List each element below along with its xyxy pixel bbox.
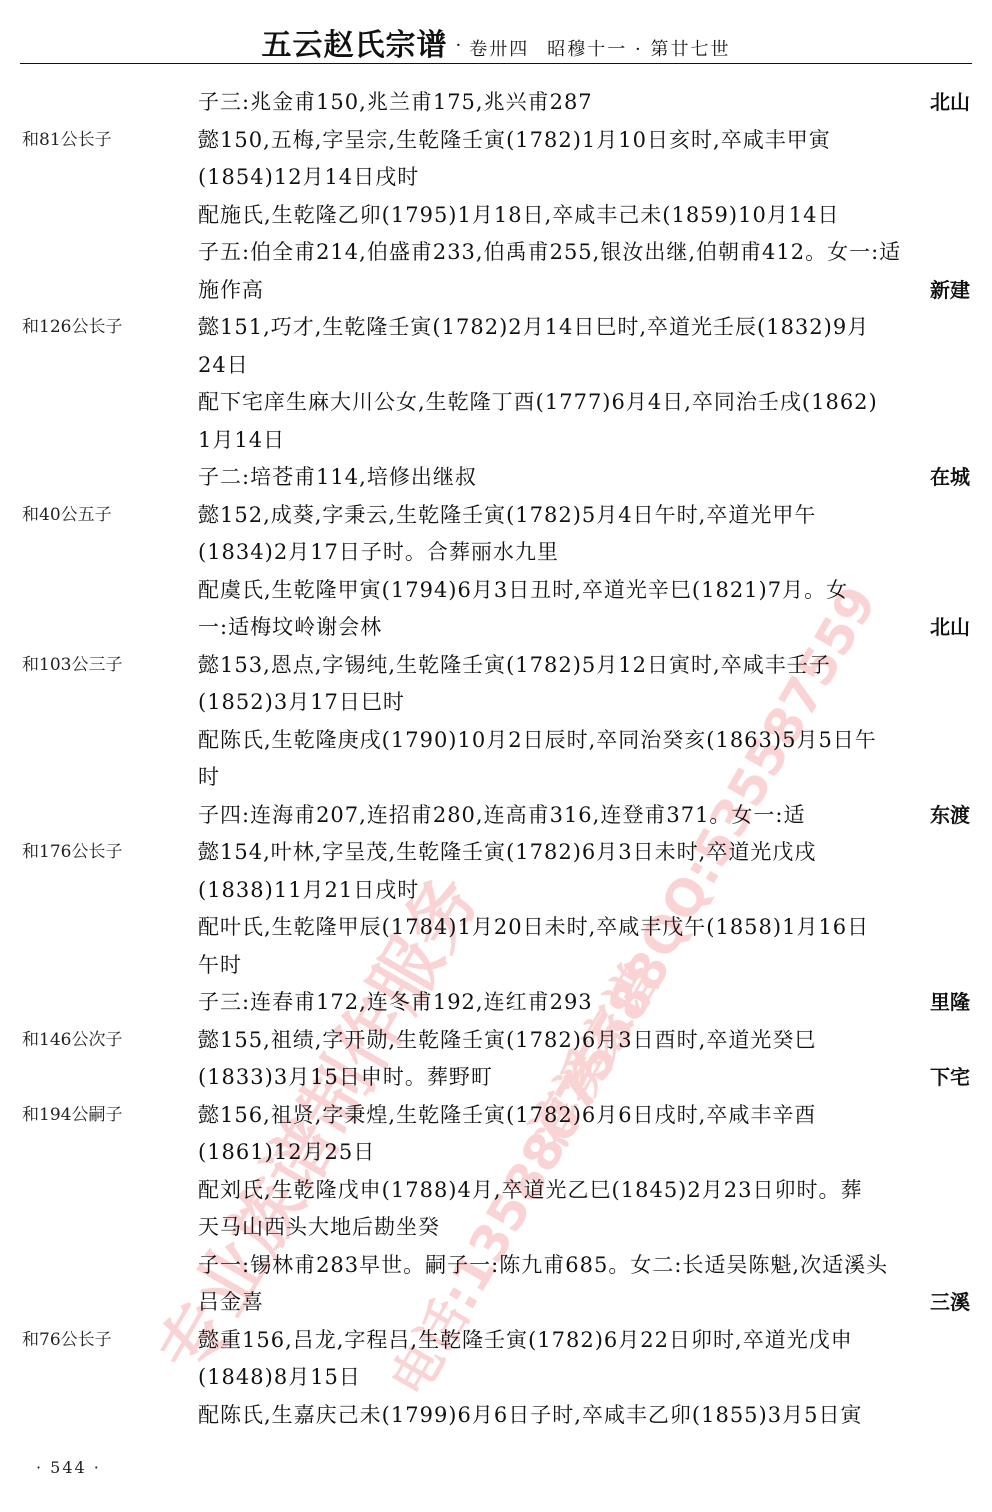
entry-text: 子三:连春甫172,连冬甫192,连红甫293 bbox=[198, 984, 593, 1022]
place-name: 下宅 bbox=[930, 1059, 970, 1097]
entry-text: 配施氏,生乾隆乙卯(1795)1月18日,卒咸丰己未(1859)10月14日 bbox=[198, 197, 840, 235]
lineage-label: 和146公次子 bbox=[22, 1022, 122, 1060]
entry-text: 时 bbox=[198, 759, 220, 797]
entry-line: 和81公长子懿150,五梅,字呈宗,生乾隆壬寅(1782)1月10日亥时,卒咸丰… bbox=[0, 122, 992, 160]
entry-line: (1852)3月17日巳时 bbox=[0, 684, 992, 722]
entry-text: 子三:兆金甫150,兆兰甫175,兆兴甫287 bbox=[198, 84, 593, 122]
entry-text: (1834)2月17日子时。合葬丽水九里 bbox=[198, 534, 559, 572]
entry-text: (1852)3月17日巳时 bbox=[198, 684, 405, 722]
volume-label: 卷卅四 bbox=[469, 39, 529, 60]
entry-text: 懿153,恩点,字锡纯,生乾隆壬寅(1782)5月12日寅时,卒咸丰壬子 bbox=[198, 647, 831, 685]
place-name: 东渡 bbox=[930, 797, 970, 835]
entry-line: 子一:锡林甫283早世。嗣子一:陈九甫685。女二:长适吴陈魁,次适溪头 bbox=[0, 1247, 992, 1285]
place-name: 里隆 bbox=[930, 984, 970, 1022]
entry-line: 1月14日 bbox=[0, 422, 992, 460]
lineage-label: 和176公长子 bbox=[22, 834, 122, 872]
entry-line: 配虞氏,生乾隆甲寅(1794)6月3日丑时,卒道光辛巳(1821)7月。女 bbox=[0, 572, 992, 610]
entry-line: (1833)3月15日申时。葬野町下宅 bbox=[0, 1059, 992, 1097]
entry-line: 和146公次子懿155,祖绩,字开勋,生乾隆壬寅(1782)6月3日酉时,卒道光… bbox=[0, 1022, 992, 1060]
entry-line: 时 bbox=[0, 759, 992, 797]
place-name: 北山 bbox=[930, 609, 970, 647]
entry-text: 懿150,五梅,字呈宗,生乾隆壬寅(1782)1月10日亥时,卒咸丰甲寅 bbox=[198, 122, 831, 160]
lineage-label: 和103公三子 bbox=[22, 647, 122, 685]
entry-text: 吕金喜 bbox=[198, 1284, 264, 1322]
entry-line: 一:适梅坟岭谢会林北山 bbox=[0, 609, 992, 647]
book-title: 五云赵氏宗谱 bbox=[262, 28, 448, 63]
entry-line: 和76公长子懿重156,吕龙,字程吕,生乾隆壬寅(1782)6月22日卯时,卒道… bbox=[0, 1322, 992, 1360]
entry-text: (1861)12月25日 bbox=[198, 1134, 375, 1172]
place-name: 北山 bbox=[930, 84, 970, 122]
entry-text: 午时 bbox=[198, 947, 242, 985]
entry-line: 子三:连春甫172,连冬甫192,连红甫293里隆 bbox=[0, 984, 992, 1022]
entry-line: 和126公长子懿151,巧才,生乾隆壬寅(1782)2月14日巳时,卒道光壬辰(… bbox=[0, 309, 992, 347]
entry-text: (1833)3月15日申时。葬野町 bbox=[198, 1059, 493, 1097]
header-rule bbox=[20, 63, 972, 64]
lineage-label: 和40公五子 bbox=[22, 497, 112, 535]
entry-line: (1838)11月21日戌时 bbox=[0, 872, 992, 910]
entry-line: 午时 bbox=[0, 947, 992, 985]
entry-line: 吕金喜三溪 bbox=[0, 1284, 992, 1322]
entry-line: 施作高新建 bbox=[0, 272, 992, 310]
entry-line: 和194公嗣子懿156,祖贤,字秉煌,生乾隆壬寅(1782)6月6日戌时,卒咸丰… bbox=[0, 1097, 992, 1135]
entry-line: (1848)8月15日 bbox=[0, 1359, 992, 1397]
entry-text: 懿151,巧才,生乾隆壬寅(1782)2月14日巳时,卒道光壬辰(1832)9月 bbox=[198, 309, 869, 347]
lineage-label: 和81公长子 bbox=[22, 122, 112, 160]
entry-text: 1月14日 bbox=[198, 422, 285, 460]
entry-line: 天马山西头大地后勘坐癸 bbox=[0, 1209, 992, 1247]
entry-line: 24日 bbox=[0, 347, 992, 385]
entry-text: 配陈氏,生嘉庆己未(1799)6月6日子时,卒咸丰乙卯(1855)3月5日寅 bbox=[198, 1397, 862, 1435]
lineage-label: 和76公长子 bbox=[22, 1322, 112, 1360]
entry-text: 子四:连海甫207,连招甫280,连高甫316,连登甫371。女一:适 bbox=[198, 797, 806, 835]
entry-text: 天马山西头大地后勘坐癸 bbox=[198, 1209, 440, 1247]
header-separator: · bbox=[456, 35, 462, 56]
entry-text: 懿155,祖绩,字开勋,生乾隆壬寅(1782)6月3日酉时,卒道光癸巳 bbox=[198, 1022, 816, 1060]
lineage-label: 和194公嗣子 bbox=[22, 1097, 122, 1135]
entry-line: 和176公长子懿154,叶林,字呈茂,生乾隆壬寅(1782)6月3日未时,卒道光… bbox=[0, 834, 992, 872]
entry-text: (1854)12月14日戌时 bbox=[198, 159, 419, 197]
entry-text: 懿152,成葵,字秉云,生乾隆壬寅(1782)5月4日午时,卒道光甲午 bbox=[198, 497, 816, 535]
entry-text: 施作高 bbox=[198, 272, 264, 310]
entry-text: (1838)11月21日戌时 bbox=[198, 872, 419, 910]
entry-text: 配刘氏,生乾隆戊申(1788)4月,卒道光乙巳(1845)2月23日卯时。葬 bbox=[198, 1172, 862, 1210]
lineage-label: 和126公长子 bbox=[22, 309, 122, 347]
entry-text: 24日 bbox=[198, 347, 249, 385]
entry-line: (1854)12月14日戌时 bbox=[0, 159, 992, 197]
entry-text: 配陈氏,生乾隆庚戌(1790)10月2日辰时,卒同治癸亥(1863)5月5日午 bbox=[198, 722, 877, 760]
entry-text: 子二:培苍甫114,培修出继叔 bbox=[198, 459, 477, 497]
entry-line: 配叶氏,生乾隆甲辰(1784)1月20日未时,卒咸丰戊午(1858)1月16日 bbox=[0, 909, 992, 947]
entry-text: 配叶氏,生乾隆甲辰(1784)1月20日未时,卒咸丰戊午(1858)1月16日 bbox=[198, 909, 869, 947]
entry-line: 配下宅庠生麻大川公女,生乾隆丁酉(1777)6月4日,卒同治壬戌(1862) bbox=[0, 384, 992, 422]
entry-line: (1861)12月25日 bbox=[0, 1134, 992, 1172]
entry-line: 配陈氏,生嘉庆己未(1799)6月6日子时,卒咸丰乙卯(1855)3月5日寅 bbox=[0, 1397, 992, 1435]
place-name: 三溪 bbox=[930, 1284, 970, 1322]
page-number: · 544 · bbox=[36, 1458, 101, 1477]
entry-text: 懿156,祖贤,字秉煌,生乾隆壬寅(1782)6月6日戌时,卒咸丰辛酉 bbox=[198, 1097, 816, 1135]
entry-line: 配刘氏,生乾隆戊申(1788)4月,卒道光乙巳(1845)2月23日卯时。葬 bbox=[0, 1172, 992, 1210]
entry-text: 一:适梅坟岭谢会林 bbox=[198, 609, 382, 647]
entry-line: 子三:兆金甫150,兆兰甫175,兆兴甫287北山 bbox=[0, 84, 992, 122]
entry-line: 子四:连海甫207,连招甫280,连高甫316,连登甫371。女一:适东渡 bbox=[0, 797, 992, 835]
entry-line: 配陈氏,生乾隆庚戌(1790)10月2日辰时,卒同治癸亥(1863)5月5日午 bbox=[0, 722, 992, 760]
genealogy-entries: 子三:兆金甫150,兆兰甫175,兆兴甫287北山和81公长子懿150,五梅,字… bbox=[0, 84, 992, 1434]
entry-text: 子五:伯全甫214,伯盛甫233,伯禹甫255,银汝出继,伯朝甫412。女一:适 bbox=[198, 234, 901, 272]
page-header: 五云赵氏宗谱·卷卅四昭穆十一 · 第廿七世 bbox=[0, 20, 992, 60]
entry-line: 和103公三子懿153,恩点,字锡纯,生乾隆壬寅(1782)5月12日寅时,卒咸… bbox=[0, 647, 992, 685]
entry-line: 子二:培苍甫114,培修出继叔在城 bbox=[0, 459, 992, 497]
entry-text: 配虞氏,生乾隆甲寅(1794)6月3日丑时,卒道光辛巳(1821)7月。女 bbox=[198, 572, 848, 610]
entry-text: 懿重156,吕龙,字程吕,生乾隆壬寅(1782)6月22日卯时,卒道光戊申 bbox=[198, 1322, 853, 1360]
entry-line: 配施氏,生乾隆乙卯(1795)1月18日,卒咸丰己未(1859)10月14日 bbox=[0, 197, 992, 235]
entry-line: 和40公五子懿152,成葵,字秉云,生乾隆壬寅(1782)5月4日午时,卒道光甲… bbox=[0, 497, 992, 535]
entry-text: 懿154,叶林,字呈茂,生乾隆壬寅(1782)6月3日未时,卒道光戊戌 bbox=[198, 834, 816, 872]
entry-text: 子一:锡林甫283早世。嗣子一:陈九甫685。女二:长适吴陈魁,次适溪头 bbox=[198, 1247, 888, 1285]
place-name: 新建 bbox=[930, 272, 970, 310]
entry-text: (1848)8月15日 bbox=[198, 1359, 361, 1397]
section-label: 昭穆十一 · 第廿七世 bbox=[547, 39, 730, 60]
entry-line: (1834)2月17日子时。合葬丽水九里 bbox=[0, 534, 992, 572]
entry-line: 子五:伯全甫214,伯盛甫233,伯禹甫255,银汝出继,伯朝甫412。女一:适 bbox=[0, 234, 992, 272]
entry-text: 配下宅庠生麻大川公女,生乾隆丁酉(1777)6月4日,卒同治壬戌(1862) bbox=[198, 384, 878, 422]
place-name: 在城 bbox=[930, 459, 970, 497]
